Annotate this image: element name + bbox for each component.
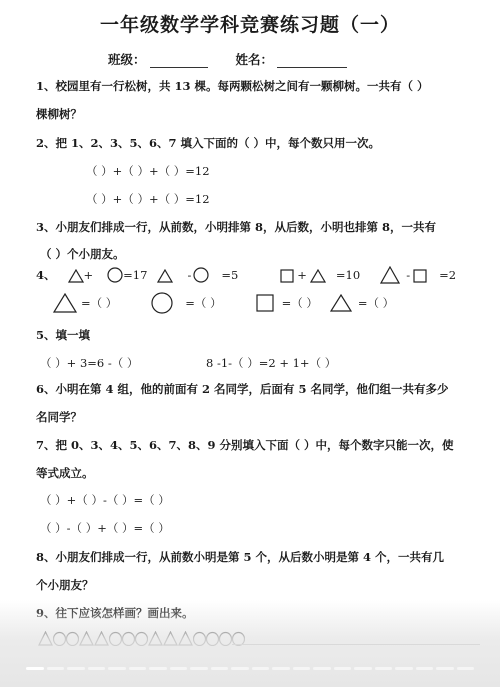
progress-segment[interactable] bbox=[416, 667, 434, 670]
progress-segment[interactable] bbox=[395, 667, 413, 670]
minus-sign: - bbox=[406, 268, 410, 282]
question-4-row-1: 4、 + =17 - =5 + =10 - =2 bbox=[36, 266, 456, 284]
progress-segment[interactable] bbox=[252, 667, 270, 670]
progress-segment[interactable] bbox=[190, 667, 208, 670]
circle-icon bbox=[151, 292, 173, 314]
student-info: 班级： 姓名： bbox=[108, 50, 347, 68]
question-6-line1: 6、小明在第 4 组，他的前面有 2 名同学，后面有 5 名同学，他们组一共有多… bbox=[36, 381, 449, 397]
question-7-line1: 7、把 0、3、4、5、6、7、8、9 分别填入下面（ ）中，每个数字只能一次，… bbox=[36, 437, 454, 453]
progress-segment[interactable] bbox=[457, 667, 475, 670]
class-field bbox=[150, 55, 208, 68]
triangle-icon bbox=[330, 294, 352, 312]
question-7-line2: 等式成立。 bbox=[36, 465, 94, 481]
question-3-line2: （ ）个小朋友。 bbox=[40, 246, 125, 262]
plus-sign: + bbox=[84, 268, 94, 282]
question-2-equation-2: （ ）+（ ）+（ ）=12 bbox=[86, 191, 210, 207]
question-2-line1: 2、把 1、2、3、5、6、7 填入下面的（ ）中，每个数只用一次。 bbox=[36, 135, 380, 151]
question-7-equation-1: （ ）+（ ）-（ ）=（ ） bbox=[40, 492, 170, 508]
square-icon bbox=[280, 268, 294, 283]
question-7-equation-2: （ ）-（ ）+（ ）=（ ） bbox=[40, 520, 170, 536]
progress-segment[interactable] bbox=[272, 667, 290, 670]
name-label: 姓名： bbox=[236, 50, 274, 68]
progress-segment[interactable] bbox=[170, 667, 188, 670]
triangle-icon bbox=[380, 266, 400, 284]
progress-segment[interactable] bbox=[354, 667, 372, 670]
question-8-line2: 个小朋友？ bbox=[36, 577, 94, 593]
circle-icon bbox=[193, 267, 209, 283]
progress-segment[interactable] bbox=[67, 667, 85, 670]
page-title: 一年级数学学科竞赛练习题（一） bbox=[0, 10, 500, 37]
square-icon bbox=[256, 294, 274, 312]
result-17: =17 bbox=[123, 268, 147, 282]
circle-answer: =（ ） bbox=[185, 295, 221, 311]
question-5-line1: 5、填一填 bbox=[36, 327, 90, 343]
question-4-number: 4、 bbox=[36, 267, 56, 283]
worksheet-page: 一年级数学学科竞赛练习题（一） 班级： 姓名： 1、校园里有一行松树，共 13 … bbox=[0, 0, 500, 687]
question-5-equation-1: （ ）+ 3=6 -（ ） bbox=[40, 355, 138, 371]
progress-segment[interactable] bbox=[47, 667, 65, 670]
question-3-line1: 3、小朋友们排成一行，从前数，小明排第 8，从后数，小明也排第 8，一共有 bbox=[36, 219, 436, 235]
progress-segment[interactable] bbox=[231, 667, 249, 670]
progress-segment[interactable] bbox=[129, 667, 147, 670]
square-icon bbox=[413, 268, 427, 283]
progress-segment[interactable] bbox=[88, 667, 106, 670]
question-5-equation-2: 8 -1-（ ）=2 + 1+（ ） bbox=[206, 355, 336, 371]
progress-segment[interactable] bbox=[375, 667, 393, 670]
result-2: =2 bbox=[439, 268, 456, 282]
square-answer: =（ ） bbox=[282, 295, 318, 311]
question-8-line1: 8、小朋友们排成一行，从前数小明是第 5 个，从后数小明是第 4 个，一共有几 bbox=[36, 549, 444, 565]
triangle-answer: =（ ） bbox=[81, 295, 117, 311]
progress-segment[interactable] bbox=[211, 667, 229, 670]
progress-segment[interactable] bbox=[293, 667, 311, 670]
plus-sign: + bbox=[297, 268, 307, 282]
question-1-line2: 棵柳树？ bbox=[36, 106, 82, 122]
triangle-icon bbox=[157, 268, 173, 283]
result-10: =10 bbox=[336, 268, 360, 282]
progress-segment[interactable] bbox=[334, 667, 352, 670]
circle-icon bbox=[107, 267, 123, 283]
question-6-line2: 名同学？ bbox=[36, 409, 82, 425]
minus-sign: - bbox=[187, 268, 191, 282]
triangle-answer-2: =（ ） bbox=[358, 295, 394, 311]
triangle-icon bbox=[310, 268, 326, 283]
progress-segment[interactable] bbox=[436, 667, 454, 670]
progress-segment[interactable] bbox=[26, 667, 44, 670]
question-2-equation-1: （ ）+（ ）+（ ）=12 bbox=[86, 163, 210, 179]
triangle-icon bbox=[68, 268, 84, 283]
bottom-fade-overlay bbox=[0, 600, 500, 687]
progress-segment[interactable] bbox=[313, 667, 331, 670]
story-progress-bar[interactable] bbox=[26, 667, 474, 670]
question-4-row-2: =（ ） =（ ） =（ ） =（ ） bbox=[53, 292, 394, 314]
progress-segment[interactable] bbox=[108, 667, 126, 670]
class-label: 班级： bbox=[108, 50, 146, 68]
result-5: =5 bbox=[221, 268, 238, 282]
triangle-icon bbox=[53, 293, 77, 313]
progress-segment[interactable] bbox=[149, 667, 167, 670]
name-field bbox=[277, 55, 347, 68]
question-1-line1: 1、校园里有一行松树，共 13 棵。每两颗松树之间有一颗柳树。一共有（ ） bbox=[36, 78, 429, 94]
